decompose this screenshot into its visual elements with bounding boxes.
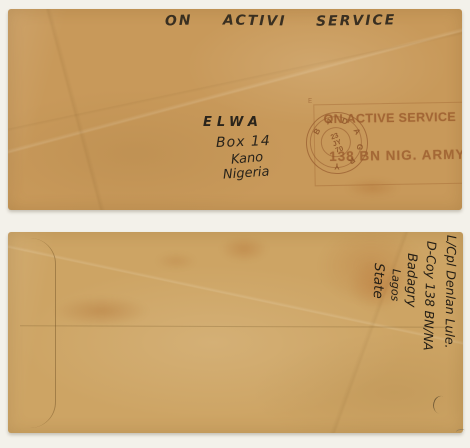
address-line: Nigeria: [223, 164, 272, 182]
recipient-address: ELWA Box 14 Kano Nigeria: [203, 115, 271, 181]
faint-corner-mark: E: [308, 98, 312, 106]
handwritten-endorsement: ON ACTIVI SERVICE: [165, 13, 396, 29]
stain: [54, 296, 149, 326]
endorsement-word: ON: [165, 13, 193, 30]
sender-line: Badagry: [402, 253, 419, 377]
stain: [220, 236, 268, 262]
endorsement-word: SERVICE: [316, 12, 397, 29]
address-line: Box 14: [216, 133, 271, 151]
envelope-front: ON ACTIVI SERVICE ELWA Box 14 Kano Niger…: [8, 9, 462, 210]
address-line: ELWA: [203, 115, 271, 130]
envelope-back: L/Cpl Denlan Lule. D-Coy 138 BN/NA Badag…: [8, 232, 463, 433]
sender-line: D-Coy 138 BN/NA: [420, 241, 440, 377]
badagry-datestamp: BADAGRY 23 JY 70: [302, 108, 372, 178]
sender-address-rotated: L/Cpl Denlan Lule. D-Coy 138 BN/NA Badag…: [369, 235, 458, 377]
stray-pencil-mark: [456, 428, 466, 434]
datestamp-year: 70: [335, 145, 345, 154]
scan-background: ON ACTIVI SERVICE ELWA Box 14 Kano Niger…: [0, 0, 470, 448]
sender-line: State: [367, 263, 387, 377]
pen-squiggle: [431, 394, 452, 416]
sender-line: L/Cpl Denlan Lule.: [442, 235, 459, 377]
envelope-flap-outline: [8, 238, 56, 428]
sender-line: Lagos: [384, 269, 403, 378]
stain: [156, 252, 196, 270]
endorsement-word: ACTIVI: [222, 12, 286, 29]
